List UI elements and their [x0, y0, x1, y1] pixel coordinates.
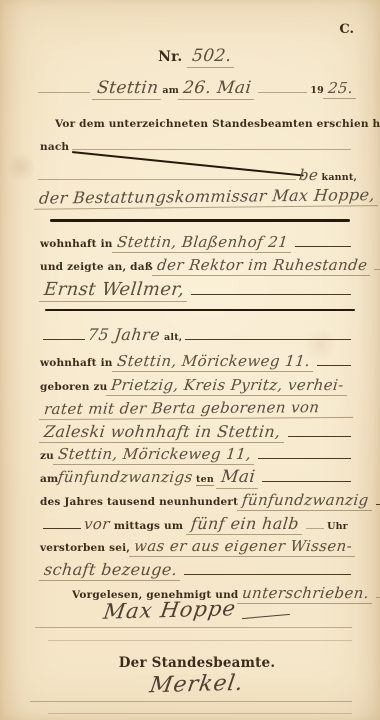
declarant-residence-row: wohnhaft in Stettin, Blaßenhof 21 [40, 233, 354, 253]
registrar-signature-row: Merkel. [40, 672, 354, 697]
intro-printed-text: Vor dem unterzeichneten Standesbeamten e… [55, 118, 353, 130]
record-number-row: Nr. 502. [40, 46, 354, 68]
year-written-text: fünfundzwanzig [237, 491, 374, 511]
bekannt-handwritten-prefix: be [298, 166, 319, 184]
declarant-name-occupation: der Bestattungskommissar Max Hoppe, [34, 185, 380, 210]
paper-stain [8, 150, 34, 184]
registrar-title: Der Standesbeamte. [119, 655, 275, 671]
death-time-row: vor mittags um fünf ein halb Uhr [40, 514, 354, 535]
anzeige-value: der Rektor im Ruhestande [152, 256, 372, 276]
intro-row: Vor dem unterzeichneten Standesbeamten e… [55, 118, 353, 130]
record-number-value: 502. [187, 46, 237, 68]
death-day-row: am fünfundzwanzigs ten Mai [40, 467, 354, 489]
anzeige-label: und zeigte an, daß [40, 261, 153, 273]
am2-label: am [40, 473, 58, 485]
wohnhaft1-value: Stettin, Blaßenhof 21 [112, 233, 293, 253]
death-day-written: fünfundzwanzigs [57, 468, 194, 486]
spouse-line: ratet mit der Berta geborenen von [39, 398, 355, 420]
verstorben-printed: verstorben sei, [40, 542, 130, 554]
ten-printed-suffix: ten [196, 474, 214, 486]
wohnhaft2-value: Stettin, Mörickeweg 11. [112, 352, 315, 372]
time-prefix-written: vor [83, 515, 111, 533]
spouse-surname-line: Zaleski wohnhaft in Stettin, [39, 422, 286, 443]
mittags-printed: mittags um [114, 520, 183, 532]
year-printed-text: des Jahres tausend neunhundert [40, 496, 238, 508]
deceased-name: Ernst Wellmer, [39, 279, 190, 302]
ruled-line [48, 640, 352, 641]
deceased-residence-row: wohnhaft in Stettin, Mörickeweg 11. [40, 352, 354, 372]
time-written: fünf ein halb [186, 514, 304, 535]
uhr-printed: Uhr [327, 521, 348, 532]
death-place-row: zu Stettin, Mörickeweg 11, [40, 445, 354, 465]
spouse-residence-row: Zaleski wohnhaft in Stettin, [40, 422, 354, 443]
form-series-letter: C. [339, 22, 354, 37]
bekannt-printed-suffix: kannt, [322, 172, 357, 183]
section-divider-line [50, 219, 350, 222]
spouse-row: ratet mit der Berta geborenen von [40, 398, 354, 420]
place-date-row: Stettin am 26. Mai 19 25. [35, 78, 357, 100]
registrar-title-row: Der Standesbeamte. [40, 655, 354, 671]
geboren-value: Prietzig, Kreis Pyritz, verhei- [106, 376, 349, 396]
deceased-name-row: Ernst Wellmer, [40, 279, 354, 302]
deceased-statement-row: verstorben sei, was er aus eigener Wisse… [40, 537, 354, 557]
am-label: am [162, 85, 179, 96]
verstorben-written: was er aus eigener Wissen- [129, 537, 357, 557]
ruled-line [30, 701, 352, 702]
zu-label: zu [40, 450, 54, 462]
age-value: 75 Jahre [87, 325, 161, 344]
birthplace-row: geboren zu Prietzig, Kreis Pyritz, verhe… [40, 376, 354, 396]
wohnhaft1-label: wohnhaft in [40, 238, 113, 250]
death-month-written: Mai [216, 467, 260, 489]
year-prefix: 19 [310, 85, 324, 96]
ruled-line [35, 627, 352, 628]
statement-continuation-row: schaft bezeuge. [40, 560, 354, 581]
age-label: alt, [164, 332, 182, 343]
year-written: 25. [323, 79, 358, 99]
wohnhaft2-label: wohnhaft in [40, 357, 113, 369]
geboren-label: geboren zu [40, 381, 107, 393]
declarant-row: der Bestattungskommissar Max Hoppe, [35, 185, 357, 209]
place-written: Stettin [92, 78, 164, 100]
zu-value: Stettin, Mörickeweg 11, [53, 445, 256, 465]
statement-continuation: schaft bezeuge. [39, 560, 182, 581]
ruled-line [48, 713, 352, 714]
death-record-form-page: C. Nr. 502. Stettin am 26. Mai 19 25. Vo… [0, 0, 380, 720]
age-row: 75 Jahre alt, [40, 325, 354, 344]
declarant-signature-row: Max Hoppe [40, 598, 354, 623]
signature-flourish [242, 614, 290, 619]
date-written: 26. Mai [178, 78, 257, 100]
death-year-row: des Jahres tausend neunhundert fünfundzw… [40, 491, 354, 511]
bekannt-row: be kannt, [35, 166, 357, 184]
nach-label: nach [40, 141, 69, 153]
number-label: Nr. [158, 49, 182, 65]
declarant-signature: Max Hoppe [102, 596, 238, 623]
section-divider-line [45, 309, 355, 311]
notification-row: und zeigte an, daß der Rektor im Ruhesta… [40, 256, 354, 276]
registrar-signature: Merkel. [148, 671, 246, 698]
